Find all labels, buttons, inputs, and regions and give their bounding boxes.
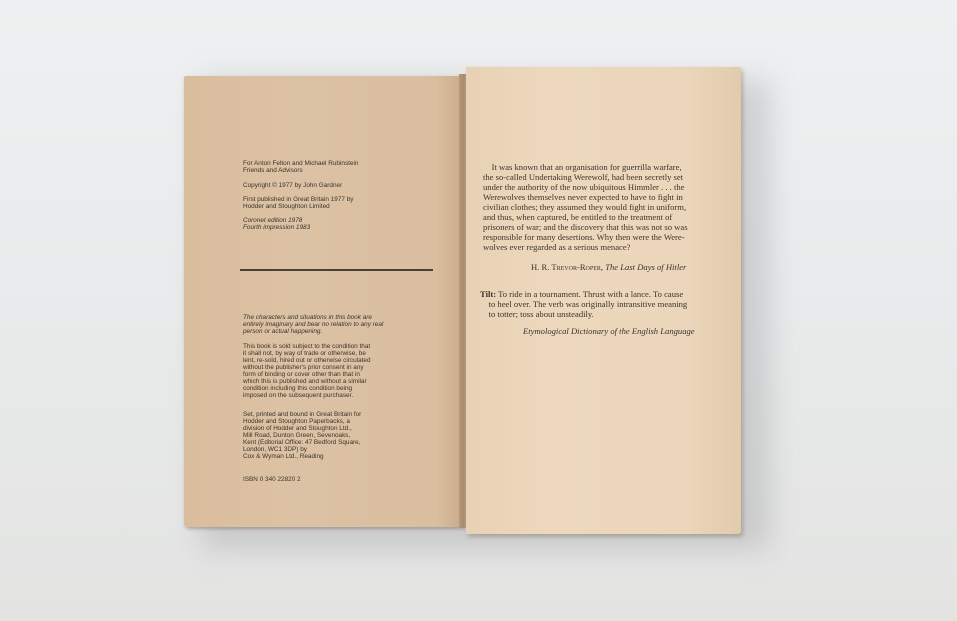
quote-author: H. R. Trevor-Roper, [531, 262, 603, 272]
first-published-line-2: Hodder and Stoughton Limited [243, 203, 330, 211]
quote-line-9: wolves ever regarded as a serious menace… [483, 242, 630, 252]
disclaimer-line-3: person or actual happening. [243, 328, 322, 336]
quote-source: The Last Days of Hitler [605, 262, 686, 272]
edition-line-2: Fourth impression 1983 [243, 224, 310, 232]
left-page [184, 76, 464, 527]
definition-text-1: To ride in a tournament. Thrust with a l… [496, 289, 683, 299]
definition-line-1: Tilt: To ride in a tournament. Thrust wi… [480, 289, 683, 299]
definition-line-3: to totter; toss about unsteadily. [480, 309, 594, 319]
horizontal-rule [240, 269, 433, 271]
definition-source: Etymological Dictionary of the English L… [523, 326, 695, 336]
quote-line-6: and thus, when captured, be entitled to … [483, 212, 672, 222]
quote-line-1: It was known that an organisation for gu… [483, 162, 682, 172]
quote-line-7: prisoners of war; and the discovery that… [483, 222, 688, 232]
definition-term: Tilt: [480, 289, 496, 299]
quote-line-8: responsible for many desertions. Why the… [483, 232, 685, 242]
quote-line-3: under the authority of the now ubiquitou… [483, 182, 684, 192]
condition-line-8: imposed on the subsequent purchaser. [243, 392, 353, 400]
isbn: ISBN 0 340 22820 2 [243, 476, 301, 484]
definition-line-2: to heel over. The verb was originally in… [480, 299, 687, 309]
copyright-line: Copyright © 1977 by John Gardner [243, 182, 342, 190]
quote-line-4: Werewolves themselves never expected to … [483, 192, 683, 202]
quote-attribution: H. R. Trevor-Roper, The Last Days of Hit… [531, 262, 686, 272]
dedication-line-2: Friends and Advisors [243, 167, 303, 175]
quote-line-2: the so-called Undertaking Werewolf, had … [483, 172, 683, 182]
printer-line-7: Cox & Wyman Ltd., Reading [243, 453, 324, 461]
quote-line-5: civilian clothes; they assumed they woul… [483, 202, 686, 212]
